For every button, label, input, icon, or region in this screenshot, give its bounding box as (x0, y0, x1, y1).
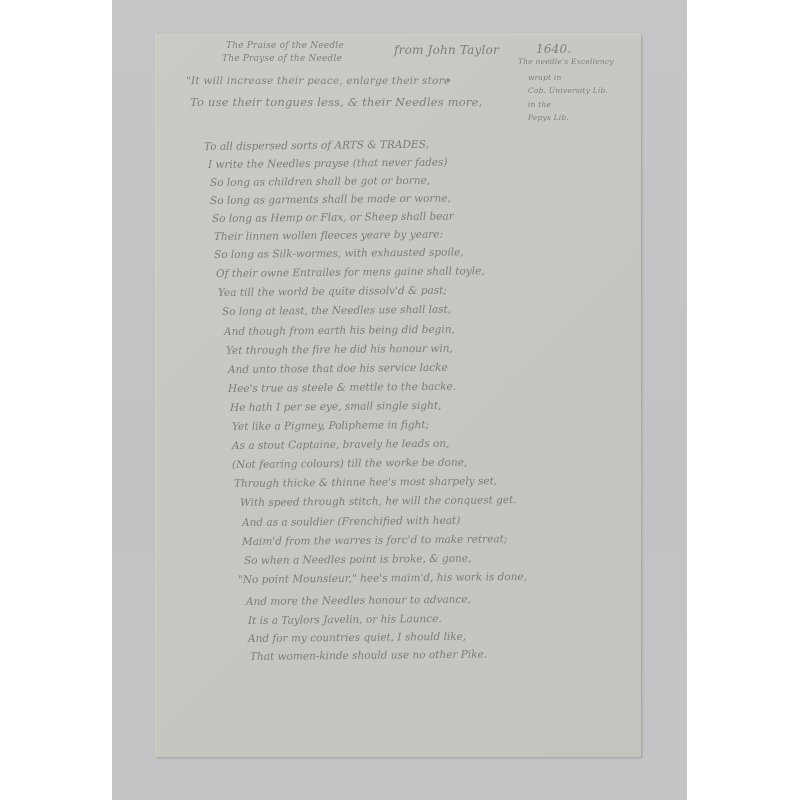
poem-line: Of their owne Entrailes for mens gaine s… (216, 265, 485, 280)
poem-line: And as a souldier (Frenchified with heat… (242, 515, 460, 529)
side-note: Pepys Lib. (528, 113, 569, 122)
poem-line: Yet like a Pigmey, Polipheme in fight; (232, 419, 429, 433)
poem-line: Through thicke & thinne hee's most sharp… (234, 475, 497, 490)
poem-line: (Not fearing colours) till the worke be … (232, 457, 467, 471)
poem-line: Yet through the fire he did his honour w… (226, 343, 453, 357)
poem-line: That women-kinde should use no other Pik… (250, 649, 487, 663)
poem-line: He hath I per se eye, small single sight… (230, 400, 442, 414)
poem-line: To all dispersed sorts of ARTS & TRADES, (204, 139, 429, 153)
side-note: Cab. University Lib. (528, 86, 608, 95)
epigraph-close-quote: " (446, 77, 451, 90)
side-note: wrapt in (528, 73, 562, 82)
poem-line: Hee's true as steele & mettle to the bac… (228, 381, 456, 395)
poem-line: As a stout Captaine, bravely he leads on… (232, 438, 450, 452)
title-line-2: The Prayse of the Needle (222, 54, 342, 64)
poem-line: With speed through stitch, he will the c… (240, 494, 517, 509)
side-note: in the (528, 100, 551, 109)
side-note: The needle's Excellency (518, 57, 614, 66)
poem-line: So long as garments shall be made or wor… (210, 192, 451, 207)
poem-line: So long as Hemp or Flax, or Sheep shall … (212, 210, 454, 225)
source-year: 1640. (536, 42, 571, 56)
poem-line: I write the Needles prayse (that never f… (208, 156, 448, 171)
title-line-1: The Praise of the Needle (226, 41, 344, 51)
poem-line: Maim'd from the warres is forc'd to make… (242, 533, 508, 548)
manuscript-page: The Praise of the Needle The Prayse of t… (155, 34, 641, 757)
poem-line: So when a Needles point is broke, & gone… (244, 553, 471, 567)
poem-line: Their linnen wollen fleeces yeare by yea… (214, 229, 443, 243)
poem-line: And unto those that doe his service lack… (228, 362, 448, 376)
epigraph-line-1: "It will increase their peace, enlarge t… (186, 75, 450, 87)
source-attribution: from John Taylor (394, 43, 499, 57)
epigraph-line-2: To use their tongues less, & their Needl… (190, 95, 483, 109)
poem-line: And more the Needles honour to advance, (246, 594, 471, 608)
poem-line: "No point Mounsieur," hee's maim'd, his … (238, 571, 527, 586)
poem-line: So long as children shall be got or born… (210, 175, 430, 189)
poem-line: It is a Taylors Javelin, or his Launce. (248, 613, 442, 627)
poem-line: So long as Silk-wormes, with exhausted s… (214, 246, 464, 261)
poem-line: And for my countries quiet, I should lik… (248, 631, 466, 645)
poem-line: So long at least, the Needles use shall … (222, 304, 451, 318)
poem-line: And though from earth his being did begi… (224, 324, 455, 338)
poem-line: Yea till the world be quite dissolv'd & … (218, 285, 447, 299)
